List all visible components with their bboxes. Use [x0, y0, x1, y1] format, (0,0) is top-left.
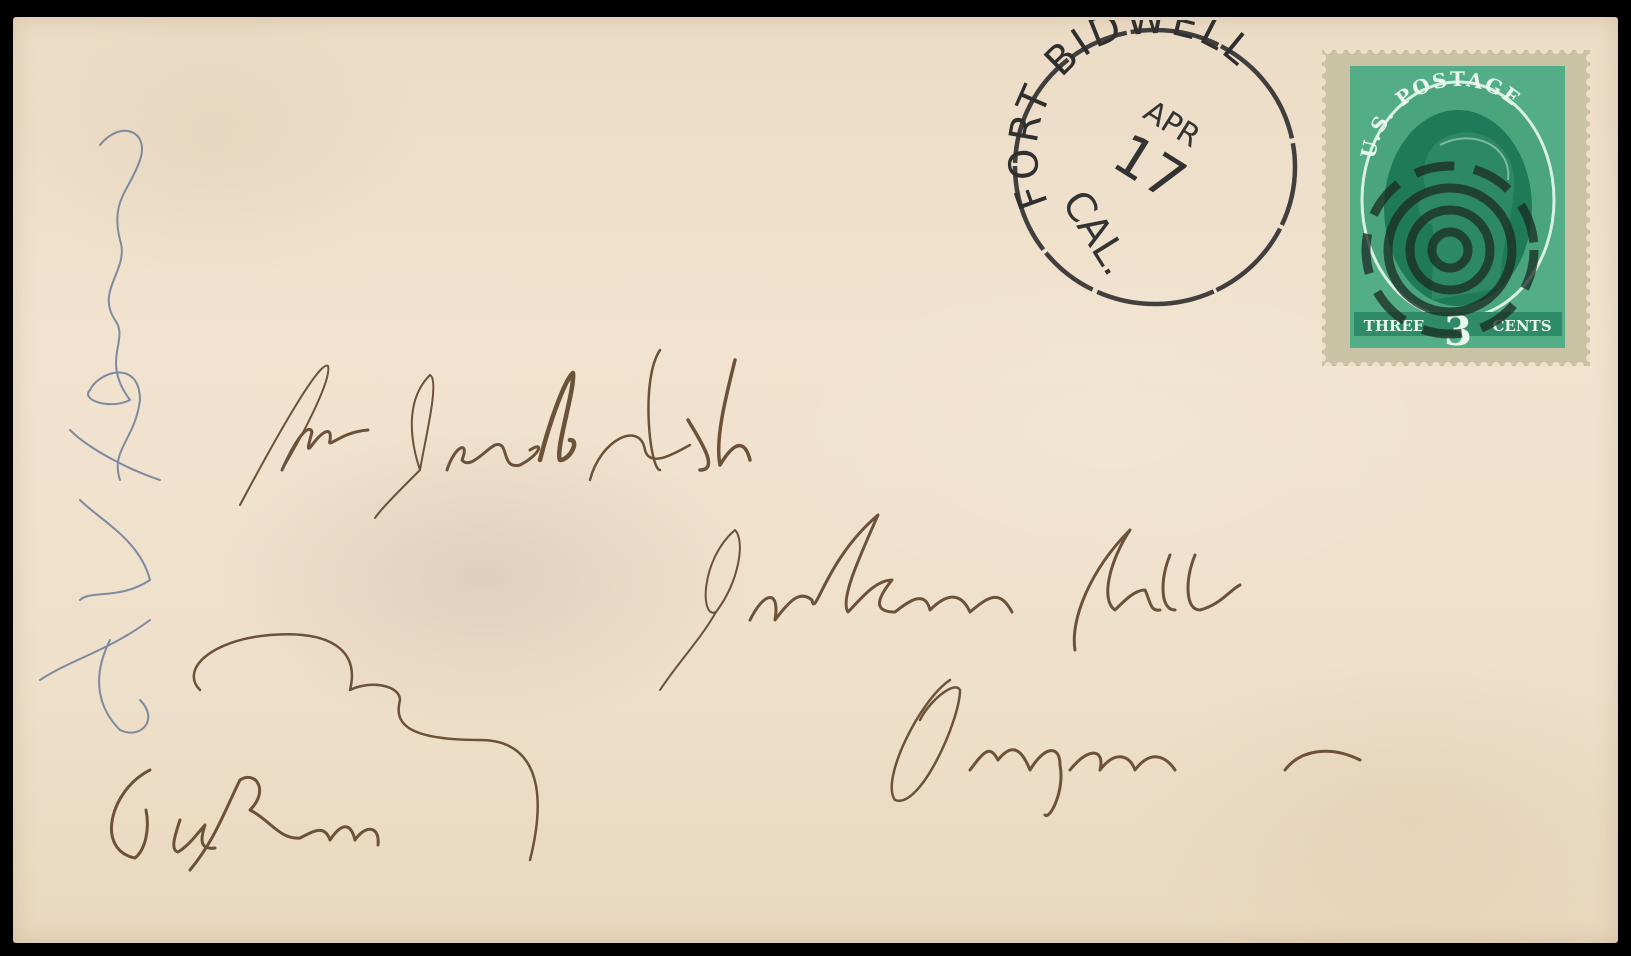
stamp-bottom-left: THREE — [1364, 317, 1425, 335]
address-text: Mr Jacob Ash Jacksonville Oregon Via Ren… — [0, 0, 1, 1]
postmark-cancel: FORT BIDWELL APR 17 CAL. — [1005, 20, 1305, 315]
postage-stamp: U.S. POSTAGE THREE CENTS 3 — [1322, 50, 1590, 366]
postmark-state: CAL. — [1053, 183, 1140, 284]
addressee: Mr Jacob Ash — [0, 0, 1, 1]
photo-stage: FORT BIDWELL APR 17 CAL. — [0, 0, 1631, 956]
